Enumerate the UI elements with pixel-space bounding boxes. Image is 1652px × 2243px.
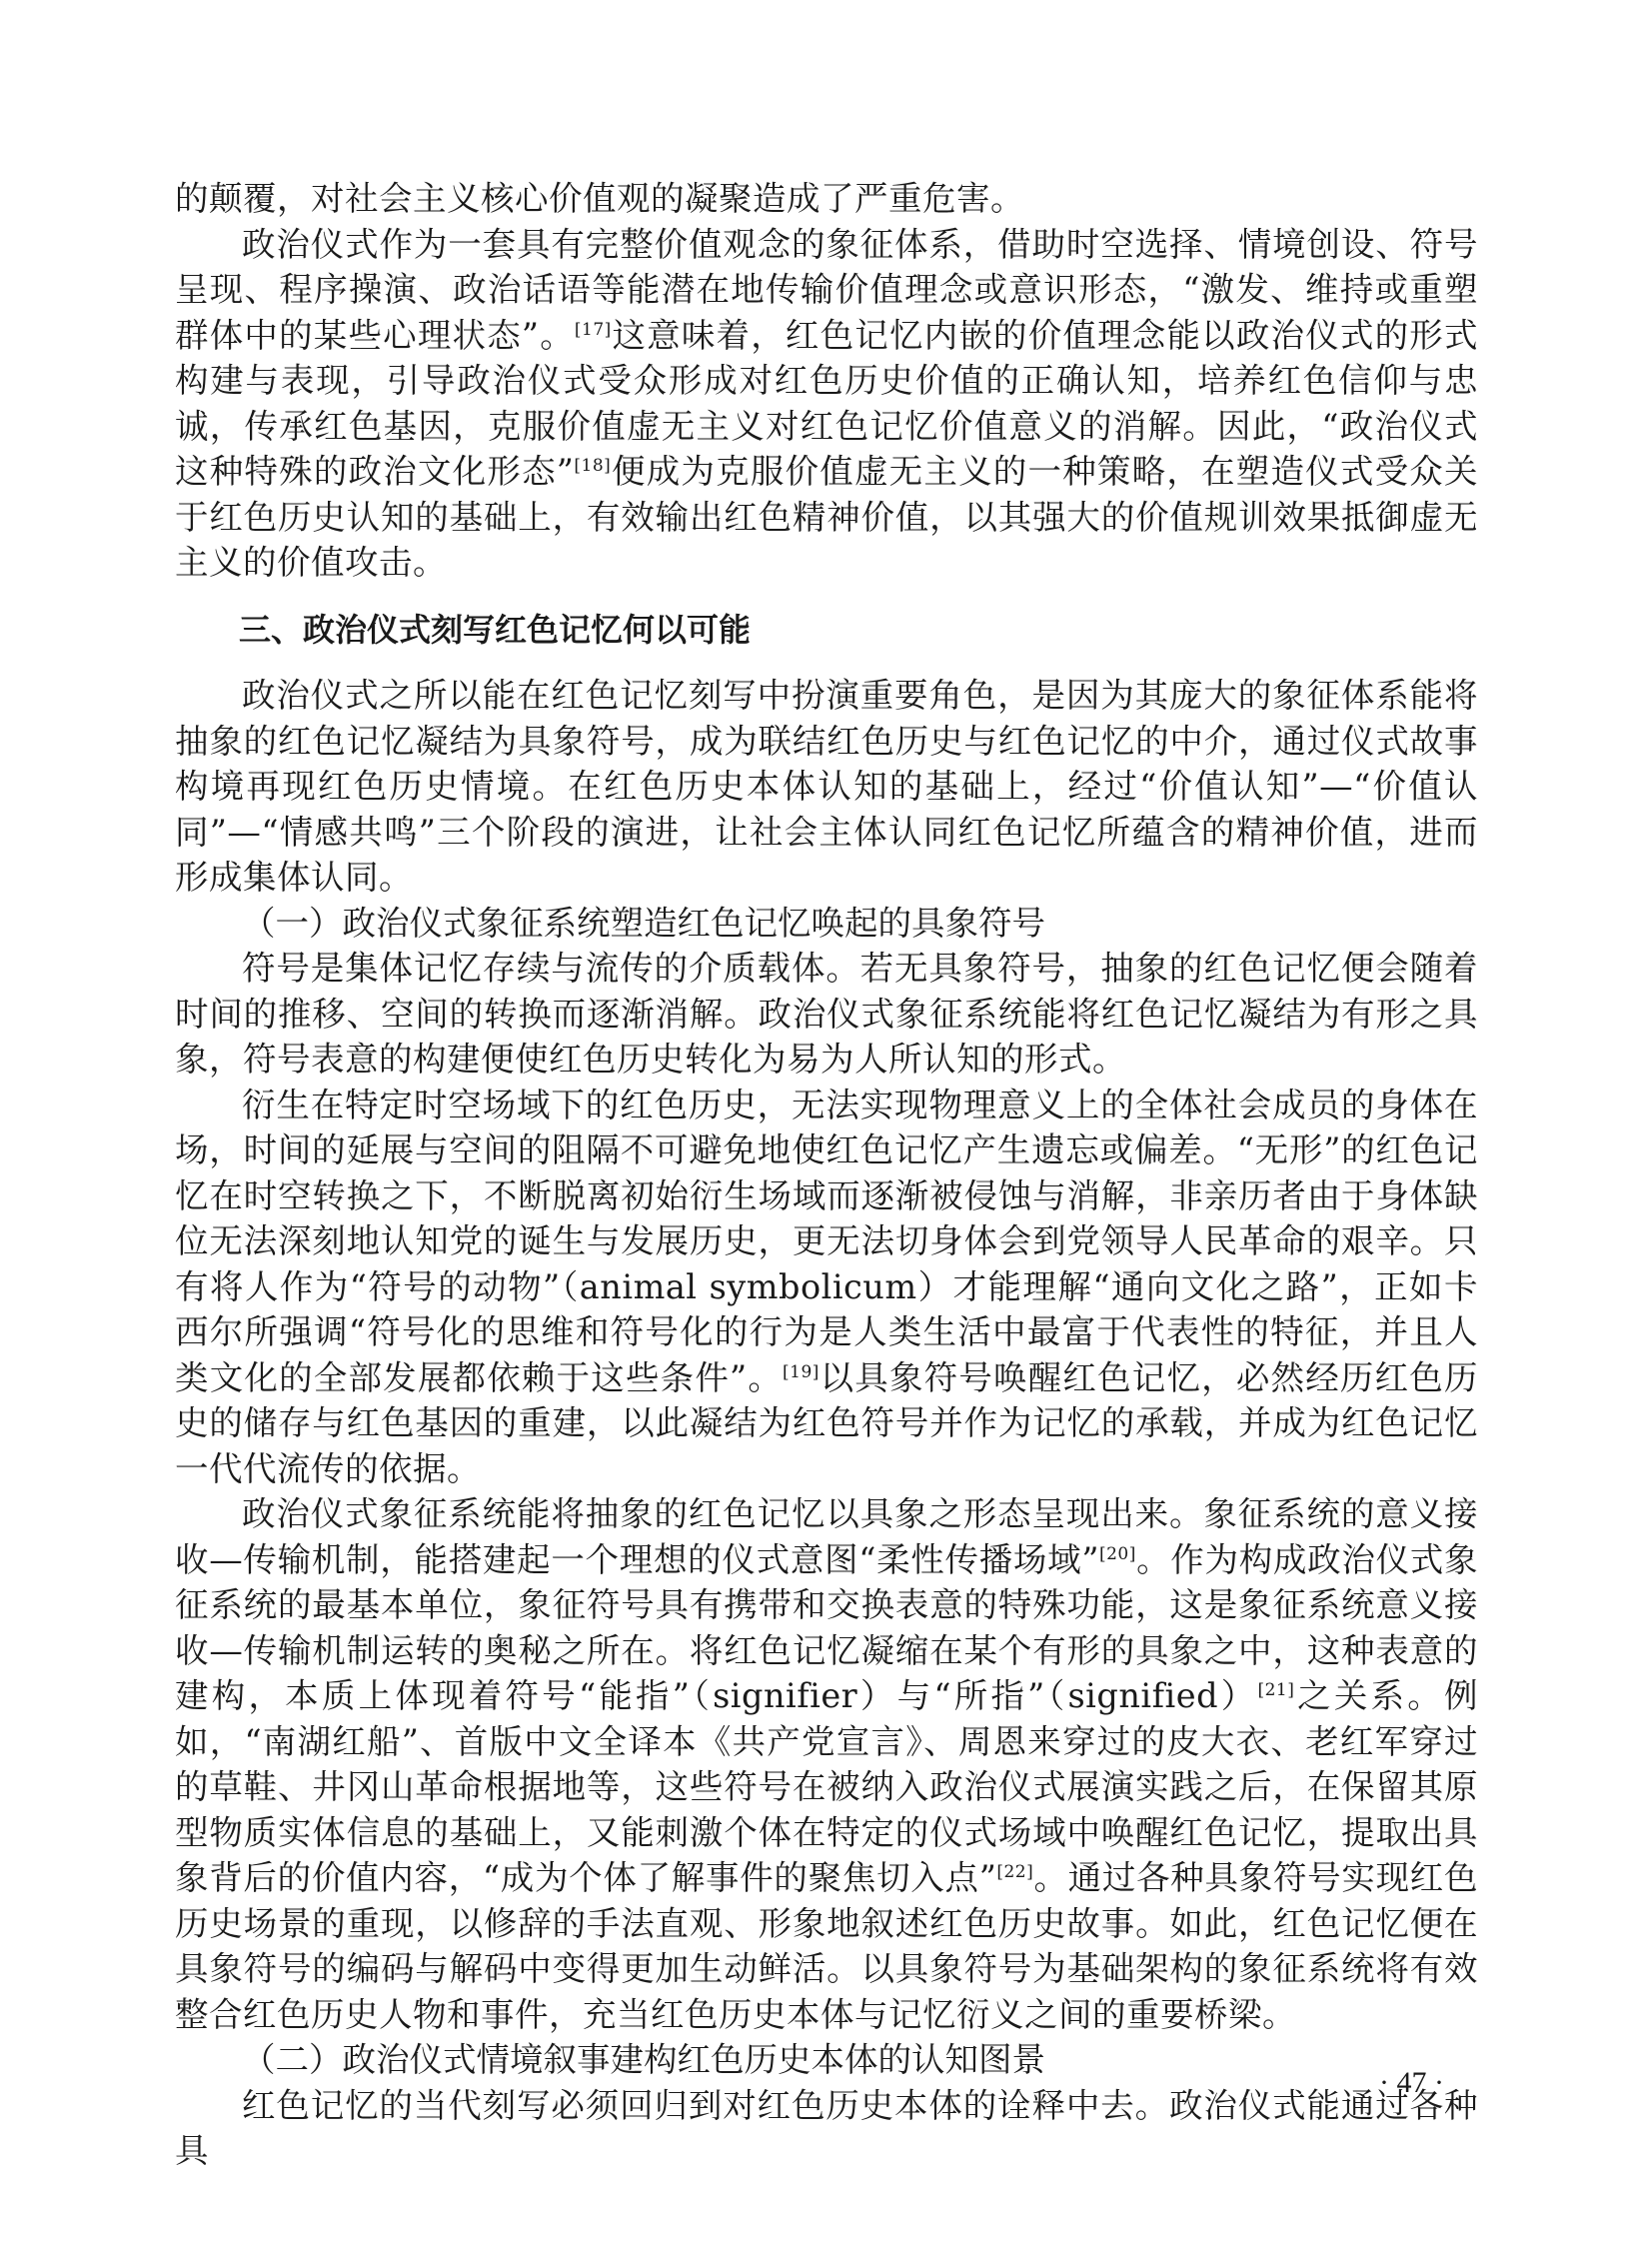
- citation-19: [19]: [783, 1361, 820, 1381]
- citation-17: [17]: [575, 319, 612, 339]
- paragraph-text: 红色记忆的当代刻写必须回归到对红色历史本体的诠释中去。政治仪式能通过各种具: [175, 2086, 1478, 2171]
- sub-heading-2: （二）政治仪式情境叙事建构红色历史本体的认知图景: [175, 2037, 1478, 2083]
- citation-22: [22]: [996, 1862, 1033, 1882]
- paragraph-political-ritual-symbol-system: 政治仪式作为一套具有完整价值观念的象征体系，借助时空选择、情境创设、符号呈现、程…: [175, 222, 1478, 586]
- sub-heading-1: （一）政治仪式象征系统塑造红色记忆唤起的具象符号: [175, 901, 1478, 947]
- paragraph-symbol-carrier: 符号是集体记忆存续与流传的介质载体。若无具象符号，抽象的红色记忆便会随着时间的推…: [175, 946, 1478, 1083]
- paragraph-symbol-system-presentation: 政治仪式象征系统能将抽象的红色记忆以具象之形态呈现出来。象征系统的意义接收—传输…: [175, 1491, 1478, 2037]
- paragraph-continued: 的颠覆，对社会主义核心价值观的凝聚造成了严重危害。: [175, 176, 1478, 222]
- citation-20: [20]: [1099, 1543, 1136, 1563]
- paragraph-text: 政治仪式之所以能在红色记忆刻写中扮演重要角色，是因为其庞大的象征体系能将抽象的红…: [175, 676, 1478, 897]
- page-number: · 47 ·: [1379, 2066, 1444, 2100]
- paragraph-text: 的颠覆，对社会主义核心价值观的凝聚造成了严重危害。: [175, 179, 1024, 218]
- citation-21: [21]: [1257, 1680, 1294, 1700]
- paragraph-red-history-derivation: 衍生在特定时空场域下的红色历史，无法实现物理意义上的全体社会成员的身体在场，时间…: [175, 1083, 1478, 1492]
- document-page: 的颠覆，对社会主义核心价值观的凝聚造成了严重危害。 政治仪式作为一套具有完整价值…: [175, 176, 1478, 2174]
- paragraph-section-intro: 政治仪式之所以能在红色记忆刻写中扮演重要角色，是因为其庞大的象征体系能将抽象的红…: [175, 673, 1478, 901]
- section-heading-3: 三、政治仪式刻写红色记忆何以可能: [175, 608, 1478, 654]
- paragraph-text: 衍生在特定时空场域下的红色历史，无法实现物理意义上的全体社会成员的身体在场，时间…: [175, 1086, 1478, 1397]
- citation-18: [18]: [574, 456, 611, 476]
- paragraph-contemporary-inscription: 红色记忆的当代刻写必须回归到对红色历史本体的诠释中去。政治仪式能通过各种具: [175, 2083, 1478, 2174]
- paragraph-text: 符号是集体记忆存续与流传的介质载体。若无具象符号，抽象的红色记忆便会随着时间的推…: [175, 949, 1478, 1079]
